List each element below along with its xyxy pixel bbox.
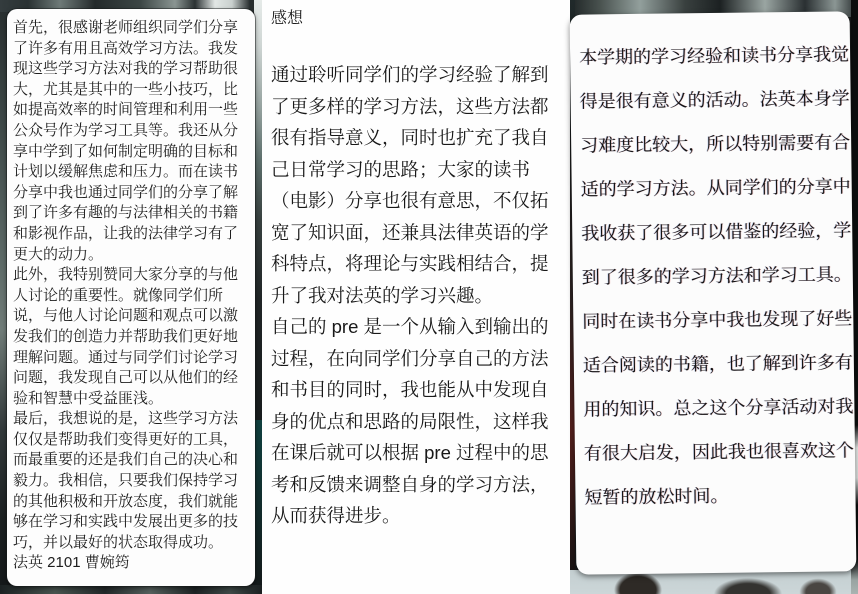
middle-note-paragraph: 通过聆听同学们的学习经验了解到了更多样的学习方法，这些方法都很有指导意义，同时也… [271,59,556,311]
background-photo-bottom-left [0,585,263,594]
right-note-paragraph: 本学期的学习经验和读书分享我觉得是很有意义的活动。法英本身学习难度比较大，所以特… [579,32,856,519]
right-note-card: 本学期的学习经验和读书分享我觉得是很有意义的活动。法英本身学习难度比较大，所以特… [570,11,857,574]
middle-note-body: 通过聆听同学们的学习经验了解到了更多样的学习方法，这些方法都很有指导意义，同时也… [271,59,556,532]
left-note-paragraph: 此外，我特别赞同大家分享的与他人讨论的重要性。就像同学们所说，与他人讨论问题和观… [13,265,248,409]
left-note-paragraph: 最后，我想说的是，这些学习方法仅仅是帮助我们变得更好的工具，而最重要的还是我们自… [13,409,248,553]
left-note-paragraph: 首先，很感谢老师组织同学们分享了许多有用且高效学习方法。我发现这些学习方法对我的… [13,18,248,265]
middle-note-paragraph: 自己的 pre 是一个从输入到输出的过程，在向同学们分享自己的方法和书目的同时，… [271,311,556,532]
middle-note-panel: 感想 通过聆听同学们的学习经验了解到了更多样的学习方法，这些方法都很有指导意义，… [262,0,570,594]
middle-note-title: 感想 [271,5,556,28]
left-note-signature: 法英 2101 曹婉筠 [13,553,248,574]
left-note-card: 首先，很感谢老师组织同学们分享了许多有用且高效学习方法。我发现这些学习方法对我的… [7,9,255,586]
